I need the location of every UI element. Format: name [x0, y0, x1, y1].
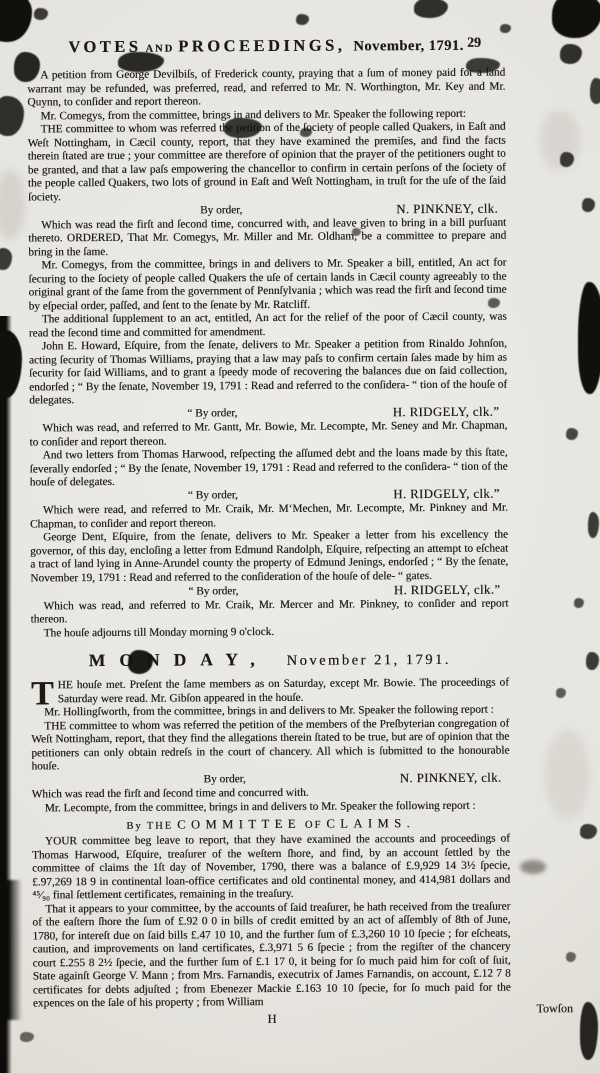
- drop-cap: T: [31, 679, 58, 706]
- by-order-label: “ By order,: [187, 407, 237, 421]
- paragraph-referred-mercer: Which was read, and referred to Mr. Crai…: [30, 597, 508, 627]
- scan-stain: [574, 598, 584, 608]
- clerk-signature: H. RIDGELY, clk.”: [393, 406, 500, 420]
- signature-mark: H: [267, 1011, 276, 1025]
- scan-stain: [578, 282, 600, 394]
- paragraph-comegys-bill: Mr. Comegys, from the committee, brings …: [28, 257, 506, 314]
- text-column: VOTES AND PROCEEDINGS, November, 1791. 2…: [27, 29, 511, 1028]
- page-number: 29: [467, 36, 481, 52]
- by-order-label: By order,: [200, 204, 242, 218]
- paragraph-treasurer-receipts: That it appears to your committee, by th…: [32, 900, 511, 1011]
- scan-stain: [552, 0, 600, 38]
- scanned-document-page: VOTES AND PROCEEDINGS, November, 1791. 2…: [0, 0, 600, 1073]
- day-heading: MONDAY, November 21, 1791.: [31, 648, 509, 672]
- page-header: VOTES AND PROCEEDINGS, November, 1791. 2…: [27, 35, 505, 58]
- paragraph-harwood-letters: And two letters from Thomas Harwood, reſ…: [30, 447, 508, 490]
- header-title-and: AND: [145, 44, 174, 55]
- scan-mottle: [545, 730, 590, 820]
- scan-edge-left-wide: [0, 880, 22, 1020]
- scan-stain: [582, 198, 595, 212]
- claims-heading-by: By: [126, 821, 142, 832]
- day-heading-day: MONDAY,: [89, 649, 269, 670]
- paragraph-treasury-balance: YOUR committee beg leave to report, that…: [32, 833, 510, 903]
- clerk-signature: H. RIDGELY, clk.”: [393, 488, 500, 502]
- scan-stain: [590, 78, 600, 104]
- by-order-label: “ By order,: [188, 585, 238, 599]
- clerk-signature: N. PINKNEY, clk.: [396, 202, 498, 216]
- scan-stain: [34, 8, 48, 20]
- header-title-votes: VOTES: [68, 37, 141, 56]
- page-footer: H Towſon: [33, 1010, 511, 1028]
- committee-of-claims-heading: By THE COMMITTEE OF CLAIMS.: [32, 814, 510, 835]
- scan-stain: [566, 952, 576, 962]
- scan-stain: [580, 824, 597, 839]
- scan-stain: [566, 428, 578, 440]
- paragraph-house-met-text: HE houſe met. Preſent the ſame members a…: [58, 677, 509, 705]
- scan-stain: [560, 44, 582, 64]
- scan-stain: [556, 688, 566, 698]
- scan-stain: [588, 512, 599, 538]
- paragraph-referred-gantt: Which was read, and referred to Mr. Gant…: [29, 420, 507, 450]
- scan-stain: [0, 96, 24, 136]
- claims-heading-committee: COMMITTEE: [177, 817, 301, 832]
- by-order-label: By order,: [203, 773, 245, 787]
- paragraph-petition-devilbiss: A petition from George Devilbiſs, of Fre…: [27, 67, 505, 110]
- catchword: Towſon: [536, 1001, 573, 1016]
- scan-mottle: [540, 110, 580, 170]
- scan-stain: [560, 152, 574, 167]
- day-heading-date: November 21, 1791.: [287, 652, 451, 669]
- adjournment-line: The houſe adjourns till Monday morning 9…: [31, 624, 509, 640]
- clerk-signature: N. PINKNEY, clk.: [400, 772, 502, 786]
- header-date: November, 1791.: [353, 38, 464, 55]
- scan-stain: [414, 0, 448, 18]
- claims-heading-of: OF: [305, 820, 323, 831]
- ink-speck: [20, 1032, 34, 1042]
- scan-stain: [296, 14, 309, 25]
- clerk-signature: H. RIDGELY, clk.”: [394, 583, 501, 597]
- scan-stain: [586, 652, 599, 670]
- scan-stain: [580, 1002, 598, 1060]
- paragraph-supplement-act: The additional ſupplement to an act, ent…: [29, 311, 507, 341]
- paragraph-quakers-committee-report: THE committee to whom was referred the p…: [28, 121, 506, 205]
- by-order-label: “ By order,: [188, 489, 238, 503]
- paragraph-dent-letter: George Dent, Eſquire, from the ſenate, d…: [30, 529, 508, 586]
- ink-speck: [520, 860, 546, 874]
- header-title-proceedings: PROCEEDINGS,: [178, 36, 345, 56]
- claims-heading-claims: CLAIMS.: [326, 816, 415, 831]
- claims-heading-the: THE: [147, 821, 173, 832]
- paragraph-referred-craik: Which were read, and referred to Mr. Cra…: [30, 502, 508, 532]
- paragraph-presbyterian-report: THE committee to whom was referred the p…: [31, 717, 509, 774]
- paragraph-howard-petition: John E. Howard, Eſquire, from the ſenate…: [29, 338, 507, 408]
- paragraph-bill-ordered: Which was read the firſt and ſecond time…: [28, 216, 506, 259]
- scan-mottle: [0, 170, 25, 240]
- paragraph-house-met: THE houſe met. Preſent the ſame members …: [31, 677, 509, 707]
- scan-stain: [0, 248, 12, 270]
